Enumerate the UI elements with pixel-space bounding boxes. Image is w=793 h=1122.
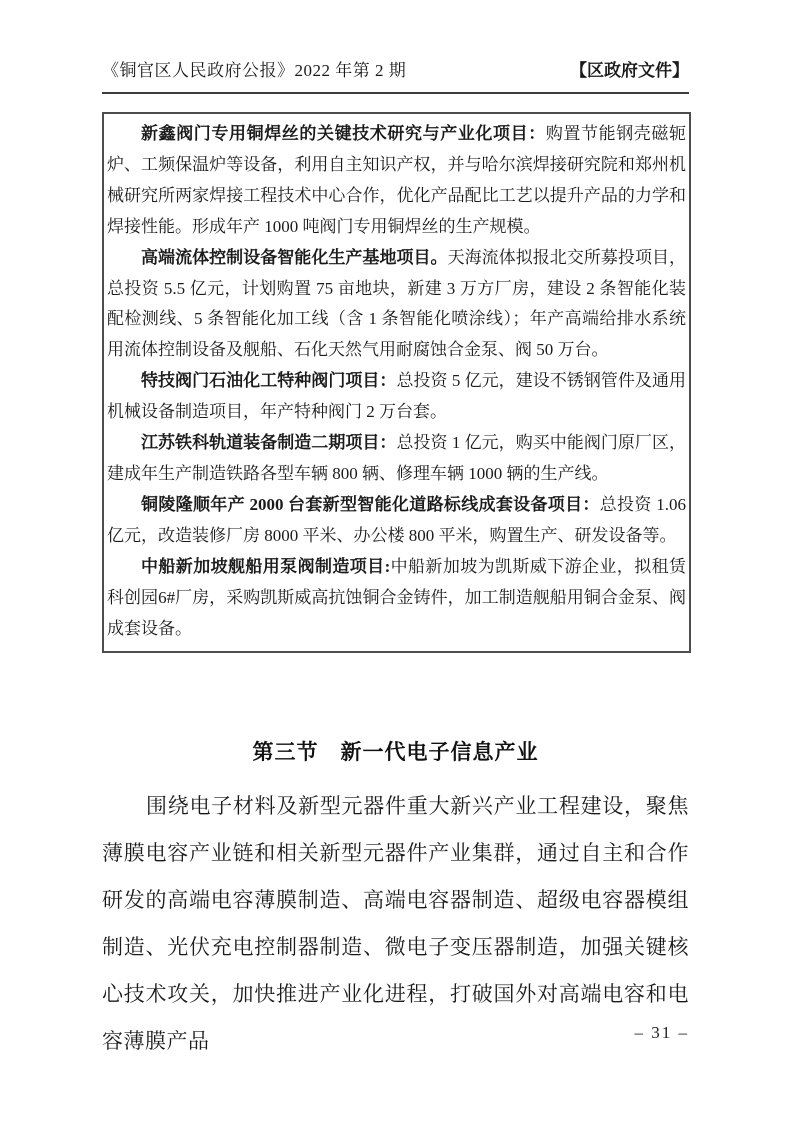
document-category-label: 【区政府文件】 [570, 56, 689, 81]
project-title: 中船新加坡舰船用泵阀制造项目: [141, 557, 390, 576]
project-title: 特技阀门石油化工特种阀门项目： [141, 371, 396, 390]
project-title: 新鑫阀门专用铜焊丝的关键技术研究与产业化项目： [141, 124, 546, 143]
project-paragraph: 中船新加坡舰船用泵阀制造项目:中船新加坡为凯斯威下游企业，拟租赁科创园6#厂房，… [107, 552, 686, 645]
page-header: 《铜官区人民政府公报》2022 年第 2 期 【区政府文件】 [102, 56, 689, 94]
project-paragraph: 江苏铁科轨道装备制造二期项目：总投资 1 亿元，购买中能阀门原厂区，建成年生产制… [107, 428, 686, 490]
project-list-box: 新鑫阀门专用铜焊丝的关键技术研究与产业化项目：购置节能钢壳磁轭炉、工频保温炉等设… [102, 112, 691, 653]
project-paragraph: 新鑫阀门专用铜焊丝的关键技术研究与产业化项目：购置节能钢壳磁轭炉、工频保温炉等设… [107, 119, 686, 243]
page-number: – 31 – [102, 1023, 689, 1043]
section-heading: 第三节 新一代电子信息产业 [102, 736, 689, 766]
project-paragraph: 高端流体控制设备智能化生产基地项目。天海流体拟报北交所募投项目，总投资 5.5 … [107, 243, 686, 367]
project-title: 江苏铁科轨道装备制造二期项目： [141, 433, 396, 452]
project-paragraph: 特技阀门石油化工特种阀门项目：总投资 5 亿元，建设不锈钢管件及通用机械设备制造… [107, 366, 686, 428]
project-paragraph: 铜陵隆顺年产 2000 台套新型智能化道路标线成套设备项目：总投资 1.06 亿… [107, 490, 686, 552]
project-title: 高端流体控制设备智能化生产基地项目。 [141, 248, 448, 267]
gazette-page: 《铜官区人民政府公报》2022 年第 2 期 【区政府文件】 新鑫阀门专用铜焊丝… [0, 0, 793, 1122]
project-title: 铜陵隆顺年产 2000 台套新型智能化道路标线成套设备项目： [141, 495, 600, 514]
gazette-title: 《铜官区人民政府公报》2022 年第 2 期 [102, 56, 406, 81]
